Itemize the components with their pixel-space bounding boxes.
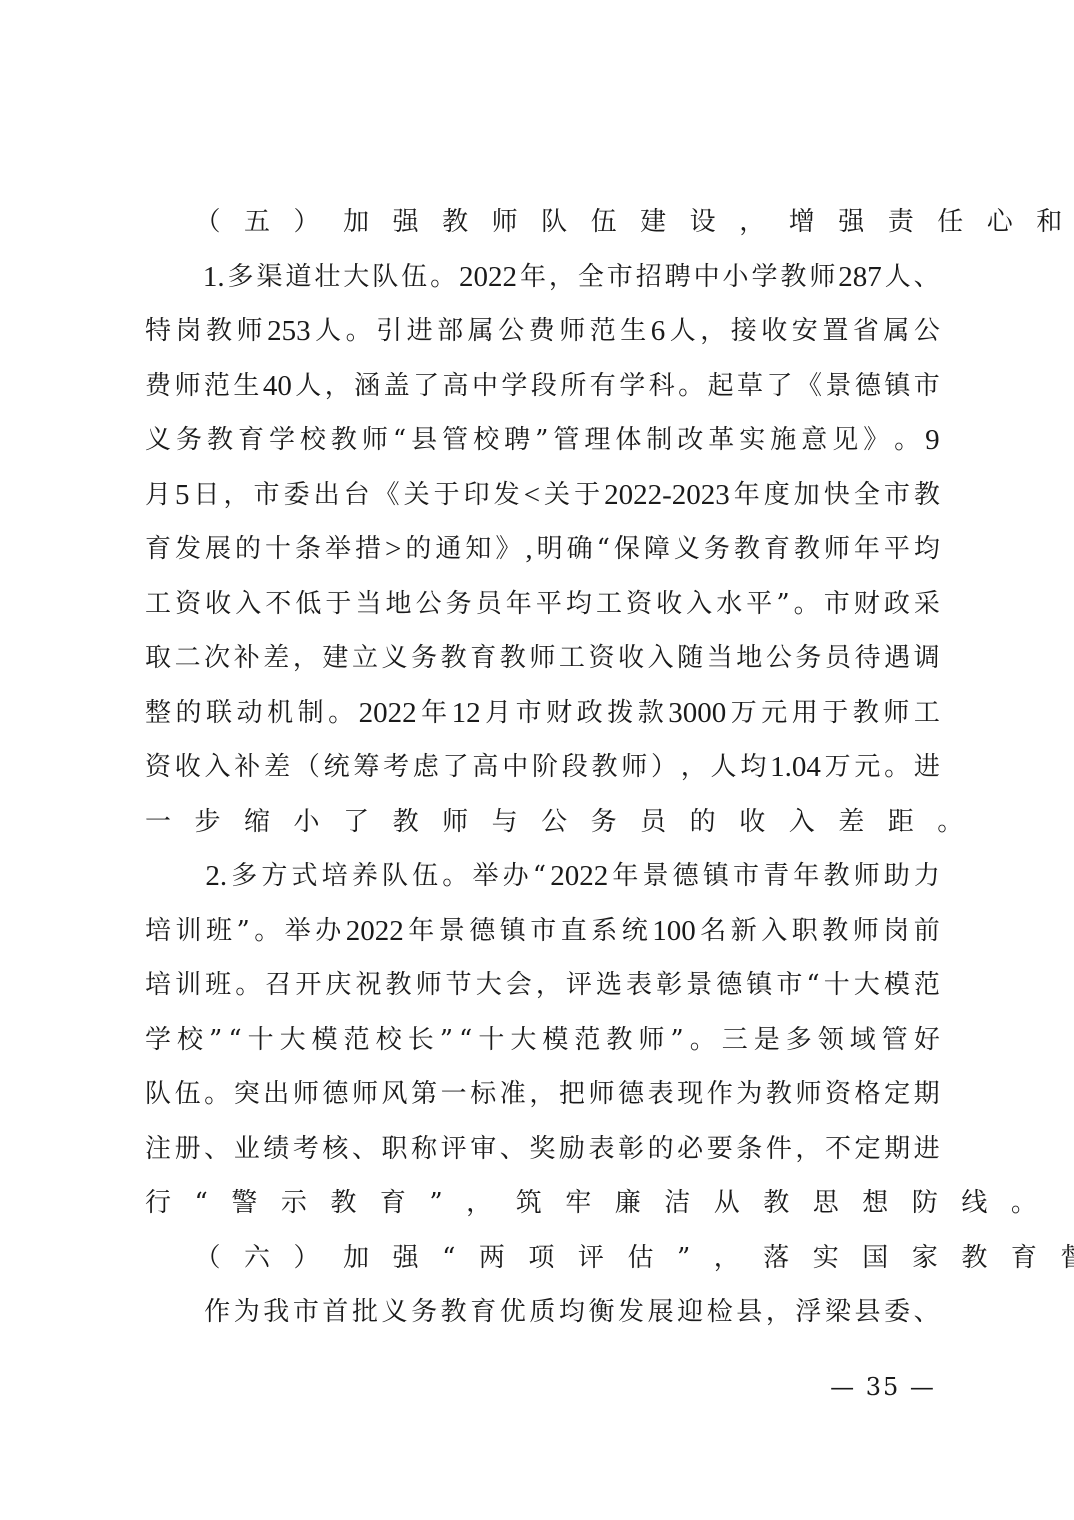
text-glyph: 了 bbox=[767, 367, 793, 405]
text-glyph: 祝 bbox=[355, 966, 381, 1004]
text-glyph bbox=[174, 258, 200, 296]
text-glyph: 定 bbox=[855, 1130, 881, 1168]
text-glyph: 日 bbox=[194, 476, 220, 514]
text-glyph: 大 bbox=[280, 1021, 306, 1059]
text-glyph: “ bbox=[533, 857, 546, 895]
text-glyph: 和 bbox=[1036, 203, 1074, 241]
text-glyph: 德 bbox=[322, 1075, 348, 1113]
text-glyph: ） bbox=[294, 203, 344, 241]
text-glyph: 义 bbox=[145, 421, 171, 459]
text-glyph: 教 bbox=[780, 258, 806, 296]
text-glyph: 职 bbox=[792, 912, 818, 950]
text-glyph: ” bbox=[677, 1239, 714, 1277]
text-glyph: 部 bbox=[437, 312, 463, 350]
text-glyph: 师 bbox=[416, 966, 442, 1004]
text-glyph: 2022 bbox=[359, 694, 417, 732]
text-glyph: 收 bbox=[656, 585, 682, 623]
text-glyph: 起 bbox=[708, 367, 734, 405]
text-glyph: 段 bbox=[531, 367, 557, 405]
text-glyph: 十 bbox=[824, 966, 850, 1004]
text-glyph: 牢 bbox=[565, 1184, 615, 1222]
text-glyph: 审 bbox=[470, 1130, 496, 1168]
text-glyph: 3000 bbox=[668, 694, 726, 732]
text-glyph: “ bbox=[459, 1021, 472, 1059]
text-glyph: 现 bbox=[677, 1075, 703, 1113]
text-glyph: 进 bbox=[914, 1130, 940, 1168]
text-glyph: 生 bbox=[620, 312, 646, 350]
text-glyph: 通 bbox=[435, 530, 461, 568]
text-glyph: 第 bbox=[411, 1075, 437, 1113]
text-glyph: 道 bbox=[285, 258, 311, 296]
text-glyph: 务 bbox=[446, 585, 472, 623]
text-glyph: 五 bbox=[244, 203, 294, 241]
text-glyph: 进 bbox=[407, 312, 433, 350]
text-glyph: 助 bbox=[884, 857, 910, 895]
text-glyph: 师 bbox=[854, 857, 880, 895]
text-glyph: 次 bbox=[204, 639, 230, 677]
text-glyph: 市 bbox=[530, 912, 556, 950]
text-glyph bbox=[175, 1293, 201, 1331]
text-glyph: 。 bbox=[254, 912, 280, 950]
text-glyph: 了 bbox=[413, 367, 439, 405]
text-glyph: 育 bbox=[470, 1293, 496, 1331]
text-glyph: 办 bbox=[503, 857, 529, 895]
text-glyph: 师 bbox=[237, 312, 263, 350]
text-glyph: 选 bbox=[596, 966, 622, 1004]
text-glyph: 市 bbox=[733, 857, 759, 895]
text-glyph: 教 bbox=[331, 421, 357, 459]
text-glyph: 心 bbox=[987, 203, 1037, 241]
text-glyph: 队 bbox=[382, 857, 408, 895]
text-glyph: 市 bbox=[254, 476, 280, 514]
text-glyph: 委 bbox=[284, 476, 310, 514]
text-glyph: 义 bbox=[382, 639, 408, 677]
text-glyph: 育 bbox=[764, 530, 790, 568]
text-glyph: 方 bbox=[261, 857, 287, 895]
text-glyph: 评 bbox=[441, 1130, 467, 1168]
text-glyph: 公 bbox=[541, 803, 591, 841]
text-glyph: 收 bbox=[739, 803, 789, 841]
text-glyph: 保 bbox=[614, 530, 640, 568]
text-glyph: 入 bbox=[205, 748, 231, 786]
paragraph-line: 取二次补差，建立义务教育教师工资收入随当地公务员待遇调 bbox=[145, 639, 940, 694]
text-glyph: 警 bbox=[231, 1184, 281, 1222]
text-glyph: 、 bbox=[914, 258, 940, 296]
text-glyph: 、 bbox=[914, 1293, 940, 1331]
text-glyph: 十 bbox=[248, 1021, 274, 1059]
text-glyph: 工 bbox=[596, 585, 622, 623]
text-glyph: 年 bbox=[421, 694, 447, 732]
text-glyph: 批 bbox=[352, 1293, 378, 1331]
text-glyph: 大 bbox=[510, 1021, 536, 1059]
text-glyph: 示 bbox=[281, 1184, 331, 1222]
text-glyph: 强 bbox=[393, 1239, 443, 1277]
text-glyph: 国 bbox=[862, 1239, 912, 1277]
text-glyph: 市 bbox=[293, 1293, 319, 1331]
text-glyph: 年 bbox=[520, 258, 546, 296]
text-glyph: 、 bbox=[500, 1130, 526, 1168]
text-glyph: 镇 bbox=[500, 912, 526, 950]
text-glyph: 期 bbox=[884, 1130, 910, 1168]
text-glyph: 体 bbox=[615, 421, 641, 459]
text-glyph: 统 bbox=[622, 912, 648, 950]
text-glyph: 县 bbox=[855, 1293, 881, 1331]
text-glyph: 为 bbox=[234, 1293, 260, 1331]
text-glyph: 注 bbox=[145, 1130, 171, 1168]
text-glyph: 元 bbox=[761, 694, 787, 732]
text-glyph: 1.04 bbox=[770, 748, 821, 786]
text-glyph: 随 bbox=[677, 639, 703, 677]
text-glyph: 两 bbox=[479, 1239, 529, 1277]
text-glyph: 项 bbox=[528, 1239, 578, 1277]
text-glyph: 施 bbox=[770, 421, 796, 459]
text-glyph: ” bbox=[670, 1021, 683, 1059]
text-glyph: 关 bbox=[404, 476, 430, 514]
text-glyph: 政 bbox=[577, 694, 603, 732]
text-glyph: 出 bbox=[263, 1075, 289, 1113]
text-glyph: 与 bbox=[492, 803, 542, 841]
text-glyph: 人 bbox=[711, 748, 737, 786]
text-glyph bbox=[145, 1239, 195, 1277]
text-glyph: 举 bbox=[285, 912, 311, 950]
paragraph-line: 育发展的十条举措>的通知》,明确“保障义务教育教师年平均 bbox=[145, 530, 940, 585]
text-glyph: 师 bbox=[362, 421, 388, 459]
text-glyph: 中 bbox=[472, 367, 498, 405]
text-glyph: 高 bbox=[472, 748, 498, 786]
text-glyph: 庆 bbox=[325, 966, 351, 1004]
text-glyph: 工 bbox=[145, 585, 171, 623]
text-glyph: 教 bbox=[591, 748, 617, 786]
text-glyph: 措 bbox=[355, 530, 381, 568]
text-glyph: 2022 bbox=[550, 857, 608, 895]
text-glyph: ， bbox=[549, 258, 575, 296]
text-glyph: 教 bbox=[606, 1021, 632, 1059]
text-glyph: 二 bbox=[175, 639, 201, 677]
text-glyph: 。 bbox=[678, 367, 704, 405]
text-glyph: 一 bbox=[145, 803, 195, 841]
text-glyph: ” bbox=[237, 912, 250, 950]
text-glyph: 育 bbox=[470, 639, 496, 677]
text-glyph: 新 bbox=[731, 912, 757, 950]
text-glyph: 度 bbox=[764, 476, 790, 514]
text-glyph: 模 bbox=[312, 1021, 338, 1059]
text-glyph: 育 bbox=[1011, 1239, 1061, 1277]
text-glyph: 励 bbox=[559, 1130, 585, 1168]
text-glyph: 特 bbox=[145, 312, 171, 350]
text-glyph: 教 bbox=[766, 1075, 792, 1113]
document-page: （五）加强教师队伍建设，增强责任心和凝聚力 1.多渠道壮大队伍。2022年，全市… bbox=[0, 0, 1074, 1520]
text-glyph: 加 bbox=[794, 476, 820, 514]
text-glyph: ” bbox=[209, 1021, 222, 1059]
text-glyph: “ bbox=[228, 1021, 241, 1059]
text-glyph: 队 bbox=[541, 203, 591, 241]
text-glyph: 12 bbox=[452, 694, 481, 732]
text-glyph: 。 bbox=[204, 1075, 230, 1113]
text-glyph: （ bbox=[195, 203, 245, 241]
text-glyph: 招 bbox=[636, 258, 662, 296]
text-glyph: 范 bbox=[914, 966, 940, 1004]
text-glyph: 水 bbox=[716, 585, 742, 623]
text-glyph: 市 bbox=[607, 258, 633, 296]
text-glyph: 全 bbox=[854, 476, 880, 514]
text-glyph: 聘 bbox=[504, 421, 530, 459]
text-glyph: ， bbox=[529, 1075, 555, 1113]
text-glyph: 六 bbox=[244, 1239, 294, 1277]
text-glyph: 财 bbox=[546, 694, 572, 732]
text-glyph: 虑 bbox=[413, 748, 439, 786]
text-glyph: 调 bbox=[914, 639, 940, 677]
text-glyph: 教 bbox=[822, 912, 848, 950]
text-glyph: 入 bbox=[686, 585, 712, 623]
text-glyph: 。 bbox=[937, 803, 987, 841]
text-glyph: 名 bbox=[700, 912, 726, 950]
text-glyph: 筹 bbox=[353, 748, 379, 786]
text-glyph: 三 bbox=[722, 1021, 748, 1059]
page-number: — 35 — bbox=[828, 1370, 938, 1404]
text-glyph: 快 bbox=[824, 476, 850, 514]
text-glyph: 资 bbox=[145, 748, 171, 786]
text-glyph: 培 bbox=[145, 912, 171, 950]
text-glyph: “ bbox=[195, 1184, 232, 1222]
text-glyph: 育 bbox=[238, 421, 264, 459]
text-glyph: 教 bbox=[734, 530, 760, 568]
text-glyph: 长 bbox=[408, 1021, 434, 1059]
text-glyph: ， bbox=[795, 1130, 821, 1168]
text-glyph: 所 bbox=[560, 367, 586, 405]
text-glyph: “ bbox=[597, 530, 610, 568]
text-glyph: 管 bbox=[442, 421, 468, 459]
text-glyph: 务 bbox=[795, 639, 821, 677]
text-glyph: 补 bbox=[234, 748, 260, 786]
text-glyph: 育 bbox=[145, 530, 171, 568]
text-glyph: 培 bbox=[145, 966, 171, 1004]
text-glyph: 中 bbox=[694, 258, 720, 296]
text-glyph: 确 bbox=[567, 530, 593, 568]
text-glyph: ， bbox=[293, 639, 319, 677]
text-glyph: 廉 bbox=[615, 1184, 665, 1222]
text-glyph: 关 bbox=[544, 476, 570, 514]
text-glyph: 从 bbox=[714, 1184, 764, 1222]
text-glyph: 估 bbox=[627, 1239, 677, 1277]
text-glyph: 均 bbox=[566, 585, 592, 623]
text-glyph: ， bbox=[739, 203, 789, 241]
text-glyph: 奖 bbox=[529, 1130, 555, 1168]
text-glyph: 洁 bbox=[664, 1184, 714, 1222]
text-glyph: “ bbox=[442, 1239, 479, 1277]
text-glyph: 市 bbox=[824, 585, 850, 623]
text-glyph: 聘 bbox=[665, 258, 691, 296]
text-glyph: 班 bbox=[206, 912, 232, 950]
text-glyph: 设 bbox=[690, 203, 740, 241]
text-glyph: 月 bbox=[145, 476, 171, 514]
text-glyph: 置 bbox=[822, 312, 848, 350]
text-glyph: 5 bbox=[175, 476, 190, 514]
text-glyph: 实 bbox=[813, 1239, 863, 1277]
text-glyph: 管 bbox=[553, 421, 579, 459]
text-glyph: 当 bbox=[355, 585, 381, 623]
text-glyph: 条 bbox=[736, 1130, 762, 1168]
text-glyph: 范 bbox=[590, 312, 616, 350]
text-glyph: 当 bbox=[707, 639, 733, 677]
text-glyph: 伍 bbox=[401, 258, 427, 296]
text-glyph: 务 bbox=[704, 530, 730, 568]
text-glyph: 收 bbox=[761, 312, 787, 350]
text-glyph: 资 bbox=[588, 639, 614, 677]
text-glyph: 距 bbox=[888, 803, 938, 841]
text-glyph: 不 bbox=[825, 1130, 851, 1168]
text-glyph: 步 bbox=[195, 803, 245, 841]
text-glyph: ， bbox=[224, 476, 250, 514]
text-glyph: ） bbox=[294, 1239, 344, 1277]
text-glyph: 小 bbox=[294, 803, 344, 841]
paragraph-line: 工资收入不低于当地公务员年平均工资收入水平”。市财政采 bbox=[145, 585, 940, 640]
text-glyph: 资 bbox=[175, 585, 201, 623]
section-heading-five: （五）加强教师队伍建设，增强责任心和凝聚力 bbox=[145, 203, 940, 258]
text-glyph: 教 bbox=[763, 1184, 813, 1222]
text-glyph: 县 bbox=[411, 421, 437, 459]
text-glyph: 》 bbox=[863, 421, 889, 459]
text-glyph: 册 bbox=[175, 1130, 201, 1168]
text-glyph: 。 bbox=[235, 966, 261, 1004]
text-glyph: 全 bbox=[578, 258, 604, 296]
text-glyph: 师 bbox=[795, 1075, 821, 1113]
text-glyph: 检 bbox=[707, 1293, 733, 1331]
text-glyph: 出 bbox=[314, 476, 340, 514]
text-glyph: 制 bbox=[646, 421, 672, 459]
text-glyph: 德 bbox=[716, 966, 742, 1004]
text-glyph: 年 bbox=[612, 857, 638, 895]
text-glyph: 进 bbox=[914, 748, 940, 786]
text-glyph: 开 bbox=[295, 966, 321, 1004]
text-glyph: 强 bbox=[838, 203, 888, 241]
text-glyph: 万 bbox=[825, 748, 851, 786]
text-glyph: 动 bbox=[237, 694, 263, 732]
text-glyph: 举 bbox=[472, 857, 498, 895]
text-glyph: > bbox=[385, 530, 401, 568]
text-glyph: 督 bbox=[1060, 1239, 1074, 1277]
text-glyph: 立 bbox=[352, 639, 378, 677]
text-glyph: “ bbox=[806, 966, 819, 1004]
text-glyph: 考 bbox=[383, 748, 409, 786]
text-glyph: 首 bbox=[322, 1293, 348, 1331]
text-glyph: 突 bbox=[234, 1075, 260, 1113]
text-glyph: 、 bbox=[204, 1130, 230, 1168]
text-glyph: 。 bbox=[430, 258, 456, 296]
text-glyph: 班 bbox=[205, 966, 231, 1004]
paragraph-line: 2.多方式培养队伍。举办“2022年景德镇市青年教师助力 bbox=[145, 857, 940, 912]
text-glyph: 制 bbox=[298, 694, 324, 732]
text-glyph: 2022-2023 bbox=[604, 476, 730, 514]
text-glyph: 彰 bbox=[656, 966, 682, 1004]
text-glyph: 。 bbox=[346, 312, 372, 350]
text-glyph: 会 bbox=[506, 966, 532, 1004]
text-glyph: 增 bbox=[789, 203, 839, 241]
text-glyph: ， bbox=[766, 1293, 792, 1331]
text-glyph: 镇 bbox=[746, 966, 772, 1004]
text-glyph: 属 bbox=[883, 312, 909, 350]
text-glyph: 业 bbox=[234, 1130, 260, 1168]
text-glyph: 景 bbox=[825, 367, 851, 405]
text-glyph: 学 bbox=[501, 367, 527, 405]
text-glyph: “ bbox=[393, 421, 406, 459]
text-glyph: 9 bbox=[925, 421, 940, 459]
text-glyph: 镇 bbox=[884, 367, 910, 405]
text-glyph: 期 bbox=[914, 1075, 940, 1113]
text-glyph: 建 bbox=[640, 203, 690, 241]
paragraph-line: 队伍。突出师德师风第一标准，把师德表现作为教师资格定期 bbox=[145, 1075, 940, 1130]
text-glyph: 范 bbox=[204, 367, 230, 405]
text-glyph: ” bbox=[776, 585, 789, 623]
text-glyph: 我 bbox=[263, 1293, 289, 1331]
text-glyph: 。 bbox=[1011, 1184, 1061, 1222]
text-glyph: ， bbox=[700, 312, 726, 350]
text-glyph: 青 bbox=[763, 857, 789, 895]
text-glyph: 模 bbox=[542, 1021, 568, 1059]
section-heading-six: （六）加强“两项评估”，落实国家教育督导政策 bbox=[145, 1239, 940, 1294]
text-glyph: 迎 bbox=[677, 1293, 703, 1331]
text-glyph: 中 bbox=[502, 748, 528, 786]
text-glyph: 师 bbox=[559, 312, 585, 350]
text-glyph: 强 bbox=[393, 203, 443, 241]
text-glyph: 展 bbox=[205, 530, 231, 568]
text-glyph: 革 bbox=[708, 421, 734, 459]
text-glyph: 加 bbox=[343, 1239, 393, 1277]
text-glyph: 培 bbox=[322, 857, 348, 895]
paragraph-line: 1.多渠道壮大队伍。2022年，全市招聘中小学教师287人、 bbox=[145, 258, 940, 313]
text-glyph: 绩 bbox=[263, 1130, 289, 1168]
text-glyph: 。 bbox=[690, 1021, 716, 1059]
text-glyph: 缩 bbox=[244, 803, 294, 841]
text-glyph: 公 bbox=[766, 639, 792, 677]
text-glyph: 教 bbox=[386, 966, 412, 1004]
text-glyph: , bbox=[525, 530, 532, 568]
text-glyph: 了 bbox=[343, 803, 393, 841]
text-glyph: 表 bbox=[588, 1130, 614, 1168]
text-glyph: 大 bbox=[343, 258, 369, 296]
text-glyph: 地 bbox=[736, 639, 762, 677]
text-glyph: 领 bbox=[818, 1021, 844, 1059]
text-glyph: 师 bbox=[883, 694, 909, 732]
text-glyph: 师 bbox=[293, 1075, 319, 1113]
text-glyph: 科 bbox=[649, 367, 675, 405]
text-glyph: 伍 bbox=[591, 203, 641, 241]
text-glyph: 费 bbox=[145, 367, 171, 405]
text-glyph: 师 bbox=[492, 203, 542, 241]
text-glyph bbox=[145, 857, 171, 895]
text-glyph: 教 bbox=[441, 639, 467, 677]
text-glyph: 发 bbox=[494, 476, 520, 514]
text-glyph: 义 bbox=[382, 1293, 408, 1331]
text-glyph: 校 bbox=[300, 421, 326, 459]
text-glyph: 市 bbox=[516, 694, 542, 732]
text-glyph: 管 bbox=[882, 1021, 908, 1059]
text-glyph: 责 bbox=[888, 203, 938, 241]
text-glyph: 职 bbox=[382, 1130, 408, 1168]
text-glyph: 低 bbox=[295, 585, 321, 623]
text-glyph: 校 bbox=[473, 421, 499, 459]
text-glyph: 好 bbox=[914, 1021, 940, 1059]
text-glyph: 学 bbox=[619, 367, 645, 405]
text-glyph: 入 bbox=[761, 912, 787, 950]
text-glyph bbox=[145, 203, 195, 241]
text-glyph: 师 bbox=[824, 530, 850, 568]
text-glyph: 人 bbox=[315, 312, 341, 350]
text-glyph: 取 bbox=[145, 639, 171, 677]
text-glyph: ， bbox=[466, 1184, 516, 1222]
text-glyph: 段 bbox=[562, 748, 588, 786]
text-glyph: 台 bbox=[344, 476, 370, 514]
paragraph-line: 整的联动机制。2022年12月市财政拨款3000万元用于教师工 bbox=[145, 694, 940, 749]
